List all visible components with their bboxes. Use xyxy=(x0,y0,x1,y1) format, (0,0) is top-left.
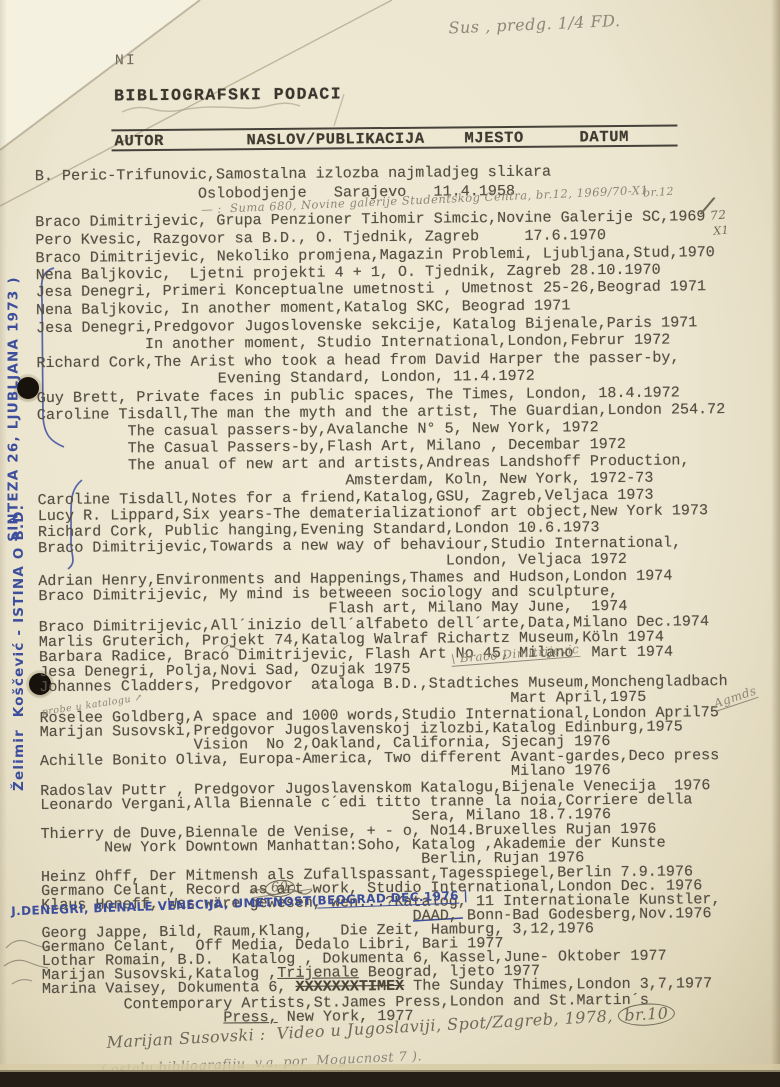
pencil-note-top-right: Sus , predg. 1/4 FD. xyxy=(448,13,621,37)
typed-content-plane: NI BIBLIOGRAFSKI PODACI AUTOR NASLOV/PUB… xyxy=(0,0,780,1087)
scanned-document-page: SINTEZA 26, LJUBLJANA 1973 ) Želimir Koš… xyxy=(0,0,780,1087)
pencil-note-xi: X1 xyxy=(713,224,730,237)
column-header-mjesto: MJESTO xyxy=(464,129,524,148)
column-header-autor: AUTOR xyxy=(114,132,164,150)
scan-dark-strip-bottom xyxy=(0,1070,780,1087)
pencil-note-br12: br.12 xyxy=(643,186,675,199)
typed-fragment-top-left: NI xyxy=(115,52,137,69)
column-header-datum: DATUM xyxy=(579,128,629,146)
typed-line: B. Peric-Trifunovic,Samostalna izlozba n… xyxy=(35,164,551,185)
pencil-note-72: 72 xyxy=(710,209,727,223)
typed-line: Jesa Denegri, Primeri Konceptualne umetn… xyxy=(36,278,706,300)
paper-edge-right xyxy=(771,0,780,1087)
paper-edge-left xyxy=(0,0,7,1087)
page-title: BIBLIOGRAFSKI PODACI xyxy=(114,84,342,105)
